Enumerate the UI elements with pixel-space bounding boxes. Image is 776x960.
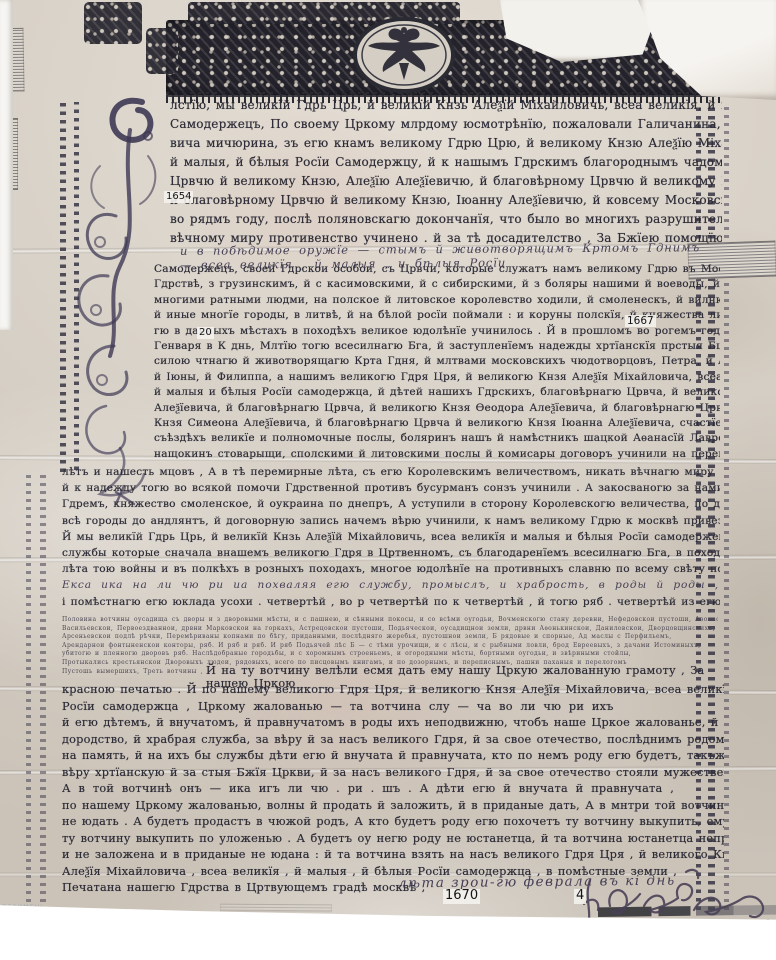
charter-text-line: й малыя и бѣлыя Росїи самодержца, й дѣте… — [154, 385, 720, 400]
annotation-year-1670: 1670 — [443, 889, 480, 904]
fine-print-line: убитогю и пленногю дворовъ ряб. Наслѣдоб… — [62, 650, 718, 659]
charter-text-line: съѣздѣхъ великїе и полномочные послы, бо… — [154, 431, 720, 446]
charter-text-line: А в той вотчинѣ онъ — ика игъ ли чю . ри… — [62, 781, 724, 798]
signature-flourish-icon — [582, 866, 776, 938]
glued-paper-fragment — [220, 904, 332, 913]
fine-print-line: Арендарнои фонтыненскои конторы, ряб. И … — [62, 642, 718, 651]
charter-text-line: Й мы великїй Гдрь Црь, й великїй Кнзь Ал… — [62, 529, 720, 545]
charter-closing-text: красною печатью . Й по нашему великогю Г… — [62, 682, 724, 897]
charter-text-line: Црвчю й великому Кнзю, Алеѯїю Алеѯїевичю… — [170, 172, 722, 191]
charter-text-line: многими ратными людми, на полское й лито… — [154, 293, 720, 308]
charter-text-line: силою чтнагю й животворящагю Крта Гдня, … — [154, 354, 720, 369]
torn-paper-edge — [0, 0, 13, 330]
engraved-corner-ornament — [84, 2, 142, 44]
charter-text-line: Гдремъ, княжество смоленское, й оукраина… — [62, 496, 720, 512]
charter-text-line: й к надежду тогю во всякой помочи Гдрств… — [62, 480, 720, 496]
fine-print-line: Половина вотчины оусадища съ дворы и з д… — [62, 616, 718, 625]
left-border-chain — [40, 472, 46, 902]
charter-photograph: лстїю, мы великїй Гдрь Црь, й великїй Кн… — [0, 0, 776, 960]
fine-print-line: Пустошь вымершихъ, Треть вотчины , — [62, 668, 212, 677]
charter-text-line: Самодержецъ, своей Гдрскои особои, съ Цр… — [154, 262, 720, 277]
charter-text-line: красною печатью . Й по нашему великогю Г… — [62, 682, 724, 699]
charter-text-line: й Іюны, й Филиппа, а нашимъ великогю Гдр… — [154, 370, 720, 385]
charter-text-line: по нашему Цркому жалованью, волны й прод… — [62, 798, 724, 815]
double-headed-eagle-icon — [352, 16, 456, 94]
charter-text-line: Самодержецъ, По своему Цркому млрдому юс… — [170, 115, 722, 134]
annotation-day-20: 20 — [197, 327, 214, 339]
charter-text-line: Генваря в К днь, Млтїю тогю всесилнагю Б… — [154, 339, 720, 354]
charter-text-line: й егю дѣтемъ, й внучатомъ, й правнучатом… — [62, 715, 724, 732]
charter-text-line: вѣру хртїанскую й за стыя Бжїя Цркви, й … — [62, 765, 724, 782]
charter-text-line: лстїю, мы великїй Гдрь Црь, й великїй Кн… — [170, 96, 722, 115]
charter-text-line: лѣта тою войны и въ полкѣхъ в розныхъ по… — [62, 561, 720, 577]
charter-text-line: нащокинъ стоварыщи, сполскими й литовски… — [154, 447, 720, 462]
charter-text-line: Екса ика на ли чю ри иа похваляя егю слу… — [62, 577, 720, 593]
fine-print-line: Васильевскои, Первоездваннои, дрвни Марк… — [62, 625, 718, 634]
left-border-chain — [26, 470, 31, 902]
annotation-month-4: 4 — [574, 889, 586, 904]
charter-text-line: й благовѣрному Црвчю й великому Кнзю, Ію… — [170, 191, 722, 210]
charter-text-line: службы которые сначала внашемъ великогю … — [62, 545, 720, 561]
charter-text-line: Алеѯїевича, й благовѣрнагю Црвча, й вели… — [154, 401, 720, 416]
charter-text-line: во рядмъ году, послѣ поляновскагю доконч… — [170, 210, 722, 229]
charter-text-line: дородство, й храбрая служба, за вѣру й з… — [62, 732, 724, 749]
charter-text-line: вича мичюрина, зъ егю кнамъ великому Гдр… — [170, 134, 722, 153]
charter-middle-text-upper: Самодержецъ, своей Гдрскои особои, съ Цр… — [154, 262, 720, 462]
charter-text-line: и не заложена и в приданые не юдана : й … — [62, 847, 724, 864]
charter-text-line: Росїи самодержца , Цркому жалованью — та… — [62, 699, 724, 716]
charter-text-line: на память, й на ихъ бы службы дѣти егю й… — [62, 748, 724, 765]
charter-text-line: всѣ городы до андлянтъ, й договорную зап… — [62, 513, 720, 529]
charter-text-line: Кнзя Симеона Алеѯїевича, й благовѣрнагю … — [154, 416, 720, 431]
engraved-corner-ornament — [146, 28, 178, 74]
annotation-year-1654: 1654 — [164, 191, 193, 203]
scribe-signature — [582, 866, 776, 942]
charter-middle-text-lower: лѣтъ и нашесть мцовъ , А в тѣ перемирные… — [62, 464, 720, 610]
charter-text-line: і помѣстнагю егю юклада усохи . четвертѣ… — [62, 594, 720, 610]
fine-print-line: Арсеньевскои подлѣ рѣчки, Перемѣриваны к… — [62, 633, 718, 642]
double-headed-eagle-medallion — [352, 16, 456, 94]
faint-margin-stamp: ПЕРИМЕНІ — [2, 904, 43, 911]
charter-text-line: Гдрствѣ, з грузинскимъ, й с касимовскими… — [154, 277, 720, 292]
charter-text-line: й малыя, й бѣлыя Росїи Самодержцу, й к н… — [170, 153, 722, 172]
charter-opening-text: лстїю, мы великїй Гдрь Црь, й великїй Кн… — [170, 96, 722, 248]
charter-text-line: не юдать . А будетъ продастъ в чюжой род… — [62, 814, 724, 831]
annotation-year-1667: 1667 — [625, 315, 656, 327]
charter-text-line: лѣтъ и нашесть мцовъ , А в тѣ перемирные… — [62, 464, 720, 480]
charter-text-line: ту вотчину выкупить по уложенью . А буде… — [62, 831, 724, 848]
parchment-sheet: лстїю, мы великїй Гдрь Црь, й великїй Кн… — [0, 0, 776, 960]
